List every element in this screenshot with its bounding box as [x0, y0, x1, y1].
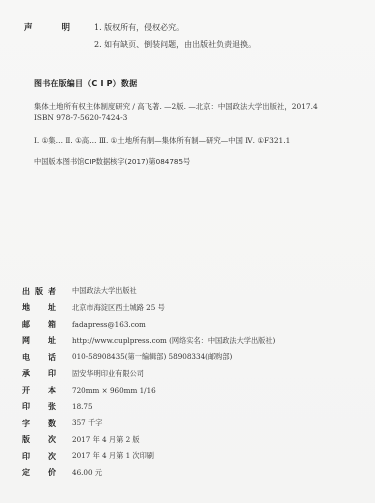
colophon-value: 2017 年 4 月第 1 次印刷 — [72, 451, 154, 461]
colophon-label: 版次 — [22, 434, 56, 445]
colophon-value: 18.75 — [72, 402, 93, 411]
colophon-label: 出版者 — [22, 286, 56, 297]
colophon-label: 开本 — [22, 385, 56, 396]
cip-title-line: 集体土地所有权主体制度研究 / 高飞著. —2版. —北京：中国政法大学出版社，… — [34, 101, 318, 112]
colophon-value: 357 千字 — [72, 418, 102, 428]
statement-label: 声 明 — [24, 20, 94, 36]
colophon-label: 印张 — [22, 401, 56, 412]
colophon-value: 010-58908435(第一编辑部) 58908334(邮购部) — [72, 352, 232, 362]
statement-section: 声 明 1. 版权所有，侵权必究。 2. 如有缺页、倒装问题，由出版社负责退换。 — [24, 20, 256, 54]
colophon-row-price: 定价 46.00 元 — [22, 465, 275, 481]
cip-title: 图书在版编目（C I P）数据 — [34, 78, 137, 89]
colophon-label: 字数 — [22, 418, 56, 429]
colophon-label: 承印 — [22, 368, 56, 379]
colophon-row-phone: 电话 010-58908435(第一编辑部) 58908334(邮购部) — [22, 349, 275, 365]
colophon-label: 网址 — [22, 335, 56, 346]
copyright-page: 声 明 1. 版权所有，侵权必究。 2. 如有缺页、倒装问题，由出版社负责退换。… — [0, 0, 375, 503]
colophon-label: 邮箱 — [22, 319, 56, 330]
colophon-row-email: 邮箱 fadapress@163.com — [22, 316, 275, 332]
colophon-value: 中国政法大学出版社 — [72, 286, 137, 296]
colophon-value: 固安华明印业有限公司 — [72, 369, 144, 379]
colophon-label: 印次 — [22, 451, 56, 462]
statement-row-1: 声 明 1. 版权所有，侵权必究。 — [24, 20, 256, 37]
colophon-value: 720mm × 960mm 1/16 — [72, 386, 156, 395]
colophon-value: 46.00 元 — [72, 468, 102, 478]
colophon-label: 地址 — [22, 302, 56, 313]
colophon-value: fadapress@163.com — [72, 320, 146, 329]
colophon-value: 北京市海淀区西土城路 25 号 — [72, 303, 165, 313]
cip-classification: Ⅰ. ①集… Ⅱ. ①高… Ⅲ. ①土地所有制—集体所有制—研究—中国 Ⅳ. ①… — [34, 135, 290, 146]
colophon-row-website: 网址 http://www.cuplpress.com (网络实名：中国政法大学… — [22, 333, 275, 349]
colophon-row-address: 地址 北京市海淀区西土城路 25 号 — [22, 300, 275, 316]
colophon-label: 电话 — [22, 352, 56, 363]
cip-isbn: ISBN 978-7-5620-7424-3 — [34, 113, 127, 122]
colophon-row-sheets: 印张 18.75 — [22, 399, 275, 415]
colophon-value: http://www.cuplpress.com (网络实名：中国政法大学出版社… — [72, 336, 275, 346]
colophon-row-format: 开本 720mm × 960mm 1/16 — [22, 382, 275, 398]
statement-item: 2. 如有缺页、倒装问题，由出版社负责退换。 — [94, 37, 256, 53]
cip-record-number: 中国版本图书馆CIP数据核字(2017)第084785号 — [34, 157, 190, 167]
statement-item: 1. 版权所有，侵权必究。 — [94, 20, 184, 36]
colophon-row-word-count: 字数 357 千字 — [22, 415, 275, 431]
colophon-row-printing: 印次 2017 年 4 月第 1 次印刷 — [22, 448, 275, 464]
colophon-section: 出版者 中国政法大学出版社 地址 北京市海淀区西土城路 25 号 邮箱 fada… — [22, 283, 275, 481]
colophon-row-edition: 版次 2017 年 4 月第 2 版 — [22, 432, 275, 448]
colophon-row-publisher: 出版者 中国政法大学出版社 — [22, 283, 275, 299]
colophon-row-printer: 承印 固安华明印业有限公司 — [22, 366, 275, 382]
colophon-value: 2017 年 4 月第 2 版 — [72, 435, 140, 445]
colophon-label: 定价 — [22, 467, 56, 478]
statement-row-2: 2. 如有缺页、倒装问题，由出版社负责退换。 — [24, 37, 256, 54]
